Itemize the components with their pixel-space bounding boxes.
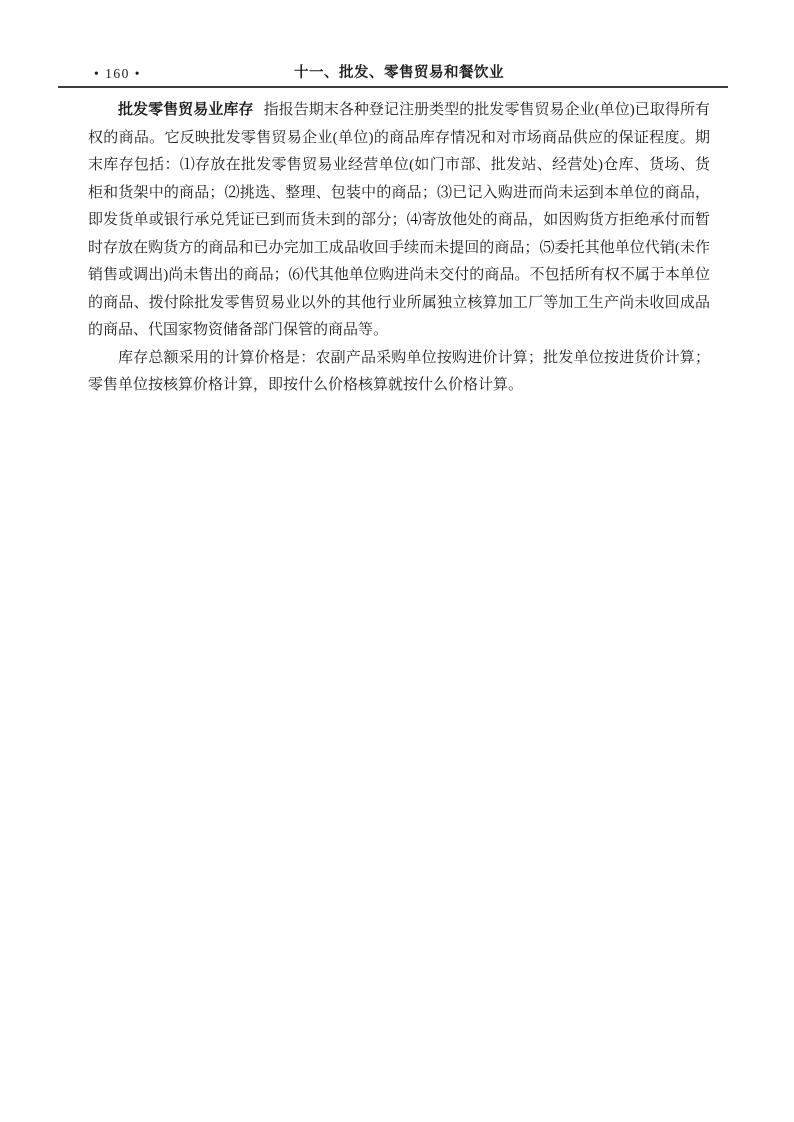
- header-rule: [58, 86, 728, 88]
- pricing-paragraph: 库存总额采用的计算价格是：农副产品采购单位按购进价计算；批发单位按进货价计算；零…: [88, 345, 710, 400]
- chapter-title: 十一、批发、零售贸易和餐饮业: [88, 64, 710, 82]
- article-body: 批发零售贸易业库存指报告期末各种登记注册类型的批发零售贸易企业(单位)已取得所有…: [88, 97, 710, 400]
- paragraph-text: 库存总额采用的计算价格是：农副产品采购单位按购进价计算；批发单位按进货价计算；零…: [88, 350, 710, 394]
- paragraph-text: 指报告期末各种登记注册类型的批发零售贸易企业(单位)已取得所有权的商品。它反映批…: [88, 102, 710, 338]
- term-label: 批发零售贸易业库存: [118, 102, 253, 118]
- definition-paragraph: 批发零售贸易业库存指报告期末各种登记注册类型的批发零售贸易企业(单位)已取得所有…: [88, 97, 710, 345]
- document-page: • 160 • 十一、批发、零售贸易和餐饮业 批发零售贸易业库存指报告期末各种登…: [0, 0, 794, 1122]
